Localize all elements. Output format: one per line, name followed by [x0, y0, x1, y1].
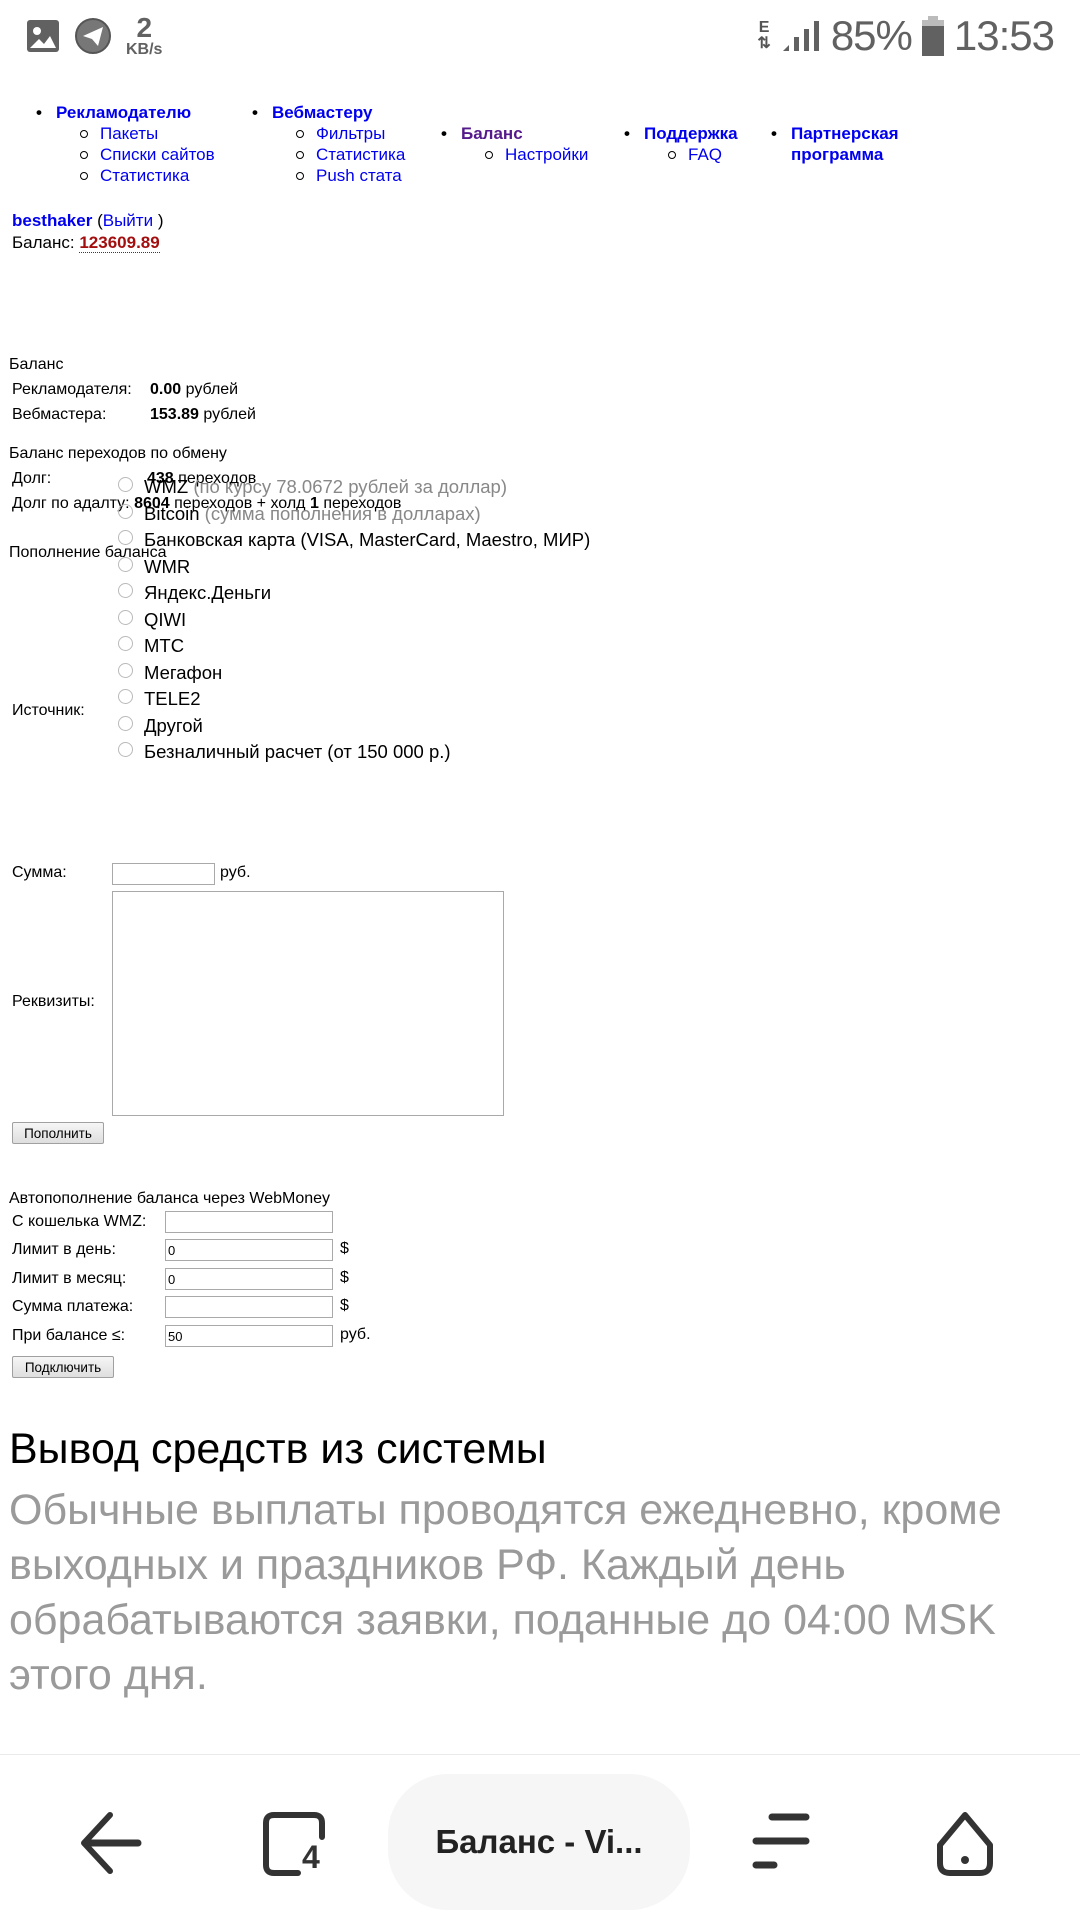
source-option[interactable]: WMZ (по курсу 78.0672 рублей за доллар)	[118, 474, 590, 501]
source-option[interactable]: Безналичный расчет (от 150 000 р.)	[118, 739, 590, 766]
source-option-label: Bitcoin	[144, 501, 200, 528]
source-option-label: Яндекс.Деньги	[144, 580, 271, 607]
nav-webmaster: Вебмастеру Фильтры Статистика Push стата	[272, 102, 405, 186]
source-option[interactable]: Bitcoin (сумма пополнения в долларах)	[118, 501, 590, 528]
username-link[interactable]: besthaker	[12, 211, 92, 230]
autotopup-field-unit: $	[340, 1297, 349, 1315]
radio-button[interactable]	[118, 663, 133, 678]
source-option-label: TELE2	[144, 686, 201, 713]
autotopup-field-label: Лимит в месяц:	[12, 1270, 126, 1288]
source-option-label: WMZ	[144, 474, 188, 501]
autotopup-field-input[interactable]: 50	[165, 1325, 333, 1347]
currency: рублей	[203, 402, 256, 427]
radio-button[interactable]	[118, 610, 133, 625]
autotopup-field-label: Сумма платежа:	[12, 1298, 133, 1316]
nav-partner: Партнерская программа	[791, 123, 921, 165]
balance-title: Баланс	[9, 352, 256, 377]
autotopup-field-input[interactable]	[165, 1296, 333, 1318]
withdraw-title: Вывод средств из системы	[9, 1425, 547, 1474]
webmaster-label: Вебмастера:	[12, 402, 150, 427]
battery-icon	[922, 16, 944, 56]
source-option-hint: (сумма пополнения в долларах)	[205, 501, 481, 528]
topup-button[interactable]: Пополнить	[12, 1122, 104, 1144]
adult-debt-label: Долг по адалту:	[12, 491, 130, 516]
menu-icon[interactable]	[750, 1811, 812, 1871]
nav-link-site-lists[interactable]: Списки сайтов	[56, 144, 215, 165]
current-tab-title[interactable]: Баланс - Vi...	[388, 1774, 690, 1910]
back-arrow-icon[interactable]	[80, 1811, 142, 1875]
network-speed: 2 KB/s	[126, 14, 162, 58]
webmaster-balance: 153.89	[150, 402, 199, 427]
source-option[interactable]: WMR	[118, 554, 590, 581]
browser-bottom-bar: 4 Баланс - Vi...	[0, 1754, 1080, 1920]
nav-link-advertiser[interactable]: Рекламодателю	[56, 102, 215, 123]
radio-button[interactable]	[118, 504, 133, 519]
radio-button[interactable]	[118, 477, 133, 492]
gallery-icon	[26, 19, 60, 53]
nav-link-packages[interactable]: Пакеты	[56, 123, 215, 144]
tab-count: 4	[302, 1839, 320, 1876]
paren-close: )	[158, 211, 164, 230]
source-option[interactable]: Мегафон	[118, 660, 590, 687]
source-option[interactable]: Яндекс.Деньги	[118, 580, 590, 607]
clock: 13:53	[954, 12, 1054, 60]
radio-button[interactable]	[118, 530, 133, 545]
main-nav: Рекламодателю Пакеты Списки сайтов Стати…	[0, 92, 1080, 192]
nav-link-web-stats[interactable]: Статистика	[272, 144, 405, 165]
tabs-button[interactable]: 4	[262, 1811, 330, 1882]
radio-button[interactable]	[118, 716, 133, 731]
nav-support: Поддержка FAQ	[644, 123, 738, 165]
nav-link-partner-program[interactable]: Партнерская программа	[791, 123, 921, 165]
user-info: besthaker (Выйти ) Баланс: 123609.89	[12, 210, 163, 254]
source-option-label: Безналичный расчет (от 150 000 р.)	[144, 739, 451, 766]
source-radio-group: WMZ (по курсу 78.0672 рублей за доллар)B…	[118, 474, 590, 766]
balance-label: Баланс:	[12, 233, 75, 252]
logout-link[interactable]: Выйти	[103, 211, 153, 230]
home-icon[interactable]	[932, 1811, 998, 1877]
source-option[interactable]: Банковская карта (VISA, MasterCard, Maes…	[118, 527, 590, 554]
nav-link-filters[interactable]: Фильтры	[272, 123, 405, 144]
autotopup-field-input[interactable]: 0	[165, 1268, 333, 1290]
nav-balance: Баланс Настройки	[461, 123, 588, 165]
amount-unit: руб.	[220, 864, 251, 882]
source-option-label: QIWI	[144, 607, 186, 634]
source-option-label: МТС	[144, 633, 184, 660]
net-speed-value: 2	[136, 14, 152, 42]
nav-link-balance[interactable]: Баланс	[461, 123, 588, 144]
source-option[interactable]: МТС	[118, 633, 590, 660]
autotopup-field-label: При балансе ≤:	[12, 1327, 125, 1345]
radio-button[interactable]	[118, 689, 133, 704]
source-option-label: Банковская карта (VISA, MasterCard, Maes…	[144, 527, 590, 554]
source-label: Источник:	[12, 702, 85, 720]
autotopup-field-input[interactable]	[165, 1211, 333, 1233]
amount-input[interactable]	[112, 863, 215, 885]
nav-link-push-stats[interactable]: Push стата	[272, 165, 405, 186]
nav-link-support[interactable]: Поддержка	[644, 123, 738, 144]
nav-advertiser: Рекламодателю Пакеты Списки сайтов Стати…	[56, 102, 215, 186]
nav-link-faq[interactable]: FAQ	[644, 144, 738, 165]
autotopup-field-label: С кошелька WMZ:	[12, 1213, 146, 1231]
radio-button[interactable]	[118, 583, 133, 598]
source-option-label: WMR	[144, 554, 190, 581]
source-option[interactable]: TELE2	[118, 686, 590, 713]
nav-link-webmaster[interactable]: Вебмастеру	[272, 102, 405, 123]
battery-percent: 85%	[831, 12, 912, 60]
signal-icon	[781, 19, 821, 53]
autotopup-field-unit: $	[340, 1269, 349, 1287]
advertiser-label: Рекламодателя:	[12, 377, 150, 402]
source-option[interactable]: QIWI	[118, 607, 590, 634]
telegram-icon	[74, 17, 112, 55]
nav-link-adv-stats[interactable]: Статистика	[56, 165, 215, 186]
network-type: E	[759, 20, 770, 36]
net-speed-unit: KB/s	[126, 42, 162, 58]
details-textarea[interactable]	[112, 891, 504, 1116]
currency: рублей	[186, 377, 239, 402]
source-option-hint: (по курсу 78.0672 рублей за доллар)	[193, 474, 507, 501]
connect-button[interactable]: Подключить	[12, 1356, 114, 1378]
source-option-label: Другой	[144, 713, 203, 740]
autotopup-title: Автопополнение баланса через WebMoney	[9, 1190, 330, 1208]
advertiser-balance: 0.00	[150, 377, 181, 402]
amount-label: Сумма:	[12, 864, 67, 882]
autotopup-field-input[interactable]: 0	[165, 1239, 333, 1261]
source-option-label: Мегафон	[144, 660, 222, 687]
radio-button[interactable]	[118, 636, 133, 651]
network-type-icon: E ⇅	[757, 20, 770, 52]
details-label: Реквизиты:	[12, 993, 95, 1011]
autotopup-field-unit: $	[340, 1240, 349, 1258]
exchange-title: Баланс переходов по обмену	[9, 441, 401, 466]
autotopup-field-label: Лимит в день:	[12, 1241, 116, 1259]
nav-link-settings[interactable]: Настройки	[461, 144, 588, 165]
withdraw-info: Обычные выплаты проводятся ежедневно, кр…	[9, 1483, 1069, 1703]
autotopup-field-unit: руб.	[340, 1326, 371, 1344]
status-bar: 2 KB/s E ⇅ 85% 13:53	[0, 0, 1080, 78]
source-option[interactable]: Другой	[118, 713, 590, 740]
balance-amount[interactable]: 123609.89	[79, 233, 159, 253]
balance-section: Баланс Рекламодателя:0.00 рублей Вебмаст…	[9, 352, 256, 427]
radio-button[interactable]	[118, 557, 133, 572]
radio-button[interactable]	[118, 742, 133, 757]
